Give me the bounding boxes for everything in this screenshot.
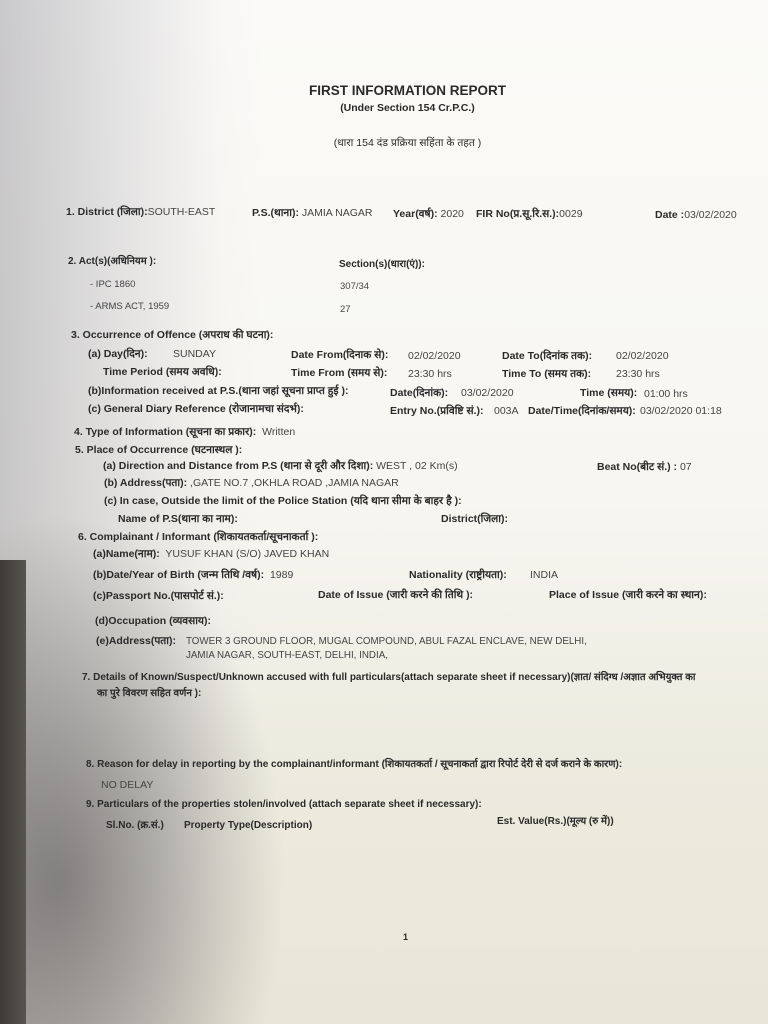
acts-heading: 2. Act(s)(अधिनियम ): bbox=[68, 255, 156, 268]
time-to-label: Time To (समय तक): bbox=[502, 368, 591, 381]
direction-label: (a) Direction and Distance from P.S (थान… bbox=[103, 460, 373, 472]
occurrence-address-value: ,GATE NO.7 ,OKHLA ROAD ,JAMIA NAGAR bbox=[190, 477, 399, 489]
year-value: 2020 bbox=[441, 208, 464, 220]
date-of-birth-label: (b)Date/Year of Birth (जन्म तिथि /वर्ष): bbox=[93, 569, 264, 581]
column-estimated-value: Est. Value(Rs.)(मूल्य (रु में)) bbox=[497, 815, 614, 828]
complainant-name-field: (a)Name(नाम): YUSUF KHAN (S/O) JAVED KHA… bbox=[93, 548, 329, 561]
time-from-label: Time From (समय से): bbox=[291, 367, 387, 380]
entry-number-label: Entry No.(प्रविष्टि सं.): bbox=[390, 405, 483, 418]
delay-reason-value: NO DELAY bbox=[101, 779, 153, 792]
outside-district-label: District(जिला): bbox=[441, 513, 508, 526]
place-of-occurrence-heading: 5. Place of Occurrence (घटनास्थल ): bbox=[75, 444, 242, 457]
time-period-label: Time Period (समय अवधि): bbox=[103, 366, 222, 379]
complainant-address-label: (e)Address(पता): bbox=[96, 635, 176, 648]
date-to-label: Date To(दिनांक तक): bbox=[502, 350, 592, 363]
date-to-value: 02/02/2020 bbox=[616, 350, 669, 363]
fir-number-field: FIR No(प्र.सू.रि.स.):0029 bbox=[476, 208, 583, 221]
occurrence-address-label: (b) Address(पता): bbox=[104, 477, 187, 489]
page-number: 1 bbox=[403, 931, 408, 944]
accused-details-label-line-2: का पुरे विवरण सहित वर्णन ): bbox=[97, 687, 201, 700]
complainant-heading: 6. Complainant / Informant (शिकायतकर्ता/… bbox=[78, 531, 318, 544]
info-time-value: 01:00 hrs bbox=[644, 388, 688, 401]
time-from-value: 23:30 hrs bbox=[408, 368, 452, 381]
year-label: Year(वर्ष): bbox=[393, 208, 438, 220]
time-to-value: 23:30 hrs bbox=[616, 368, 660, 381]
complainant-name-value: YUSUF KHAN (S/O) JAVED KHAN bbox=[165, 548, 329, 560]
section-row-1: 307/34 bbox=[340, 280, 369, 293]
police-station-field: P.S.(थाना): JAMIA NAGAR bbox=[252, 207, 373, 220]
occurrence-heading: 3. Occurrence of Offence (अपराध की घटना)… bbox=[71, 329, 273, 342]
info-received-label: (b)Information received at P.S.(थाना जहा… bbox=[88, 385, 348, 398]
day-value: SUNDAY bbox=[173, 348, 216, 361]
passport-issue-place-label: Place of Issue (जारी करने का स्थान): bbox=[549, 589, 707, 602]
type-of-information-field: 4. Type of Information (सूचना का प्रकार)… bbox=[74, 426, 295, 439]
passport-issue-date-label: Date of Issue (जारी करने की तिथि ): bbox=[318, 589, 473, 602]
fir-document-page: FIRST INFORMATION REPORT (Under Section … bbox=[0, 0, 768, 1024]
date-of-birth-field: (b)Date/Year of Birth (जन्म तिथि /वर्ष):… bbox=[93, 569, 293, 582]
delay-reason-label: 8. Reason for delay in reporting by the … bbox=[86, 758, 622, 771]
act-row-2: - ARMS ACT, 1959 bbox=[90, 300, 169, 313]
date-from-value: 02/02/2020 bbox=[408, 350, 461, 363]
occurrence-address-field: (b) Address(पता): ,GATE NO.7 ,OKHLA ROAD… bbox=[104, 477, 399, 490]
outside-ps-name-label: Name of P.S(थाना का नाम): bbox=[118, 513, 238, 526]
beat-label: Beat No(बीट सं.) : bbox=[597, 461, 677, 473]
sections-heading: Section(s)(धारा(एं)): bbox=[339, 258, 425, 271]
date-label: Date : bbox=[655, 209, 684, 221]
info-date-label: Date(दिनांक): bbox=[390, 387, 448, 400]
complainant-name-label: (a)Name(नाम): bbox=[93, 548, 160, 560]
document-subtitle-hindi: (धारा 154 दंड प्रक्रिया सहिंता के तहत ) bbox=[0, 137, 768, 150]
direction-distance-field: (a) Direction and Distance from P.S (थान… bbox=[103, 460, 458, 473]
date-field: Date :03/02/2020 bbox=[655, 209, 737, 222]
passport-label: (c)Passport No.(पासपोर्ट सं.): bbox=[93, 590, 224, 603]
gd-datetime-value: 03/02/2020 01:18 bbox=[640, 405, 722, 418]
day-label: (a) Day(दिन): bbox=[88, 348, 148, 361]
fir-value: 0029 bbox=[559, 208, 582, 220]
column-property-type: Property Type(Description) bbox=[184, 819, 312, 832]
document-subtitle: (Under Section 154 Cr.P.C.) bbox=[0, 102, 768, 115]
info-date-value: 03/02/2020 bbox=[461, 387, 514, 400]
date-from-label: Date From(दिनाक से): bbox=[291, 349, 388, 362]
district-label: 1. District (जिला): bbox=[66, 206, 148, 218]
entry-number-value: 003A bbox=[494, 405, 519, 418]
nationality-label: Nationality (राष्ट्रीयता): bbox=[409, 569, 507, 582]
complainant-address-line-2: JAMIA NAGAR, SOUTH-EAST, DELHI, INDIA, bbox=[186, 649, 388, 662]
info-time-label: Time (समय): bbox=[580, 387, 637, 400]
document-title: FIRST INFORMATION REPORT bbox=[0, 84, 768, 97]
ps-label: P.S.(थाना): bbox=[252, 207, 299, 219]
fir-label: FIR No(प्र.सू.रि.स.): bbox=[476, 208, 559, 220]
act-row-1: - IPC 1860 bbox=[90, 278, 135, 291]
complainant-address-line-1: TOWER 3 GROUND FLOOR, MUGAL COMPOUND, AB… bbox=[186, 635, 587, 648]
district-field: 1. District (जिला):SOUTH-EAST bbox=[66, 206, 215, 219]
year-field: Year(वर्ष): 2020 bbox=[393, 208, 464, 221]
occupation-label: (d)Occupation (व्यवसाय): bbox=[95, 615, 211, 628]
district-value: SOUTH-EAST bbox=[148, 206, 216, 218]
ps-value: JAMIA NAGAR bbox=[302, 207, 373, 219]
date-of-birth-value: 1989 bbox=[270, 569, 293, 581]
accused-details-label-line-1: 7. Details of Known/Suspect/Unknown accu… bbox=[82, 671, 696, 684]
type-of-information-label: 4. Type of Information (सूचना का प्रकार)… bbox=[74, 426, 256, 438]
section-row-2: 27 bbox=[340, 303, 351, 316]
beat-number-field: Beat No(बीट सं.) : 07 bbox=[597, 461, 692, 474]
beat-value: 07 bbox=[680, 461, 692, 473]
type-of-information-value: Written bbox=[262, 426, 295, 438]
general-diary-label: (c) General Diary Reference (रोजानामचा स… bbox=[88, 403, 304, 416]
properties-heading: 9. Particulars of the properties stolen/… bbox=[86, 798, 482, 811]
direction-value: WEST , 02 Km(s) bbox=[376, 460, 457, 472]
gd-datetime-label: Date/Time(दिनांक/समय): bbox=[528, 405, 636, 418]
date-value: 03/02/2020 bbox=[684, 209, 737, 221]
column-serial-number: Sl.No. (क्र.सं.) bbox=[106, 819, 164, 832]
outside-limit-label: (c) In case, Outside the limit of the Po… bbox=[104, 495, 462, 508]
nationality-value: INDIA bbox=[530, 569, 558, 582]
